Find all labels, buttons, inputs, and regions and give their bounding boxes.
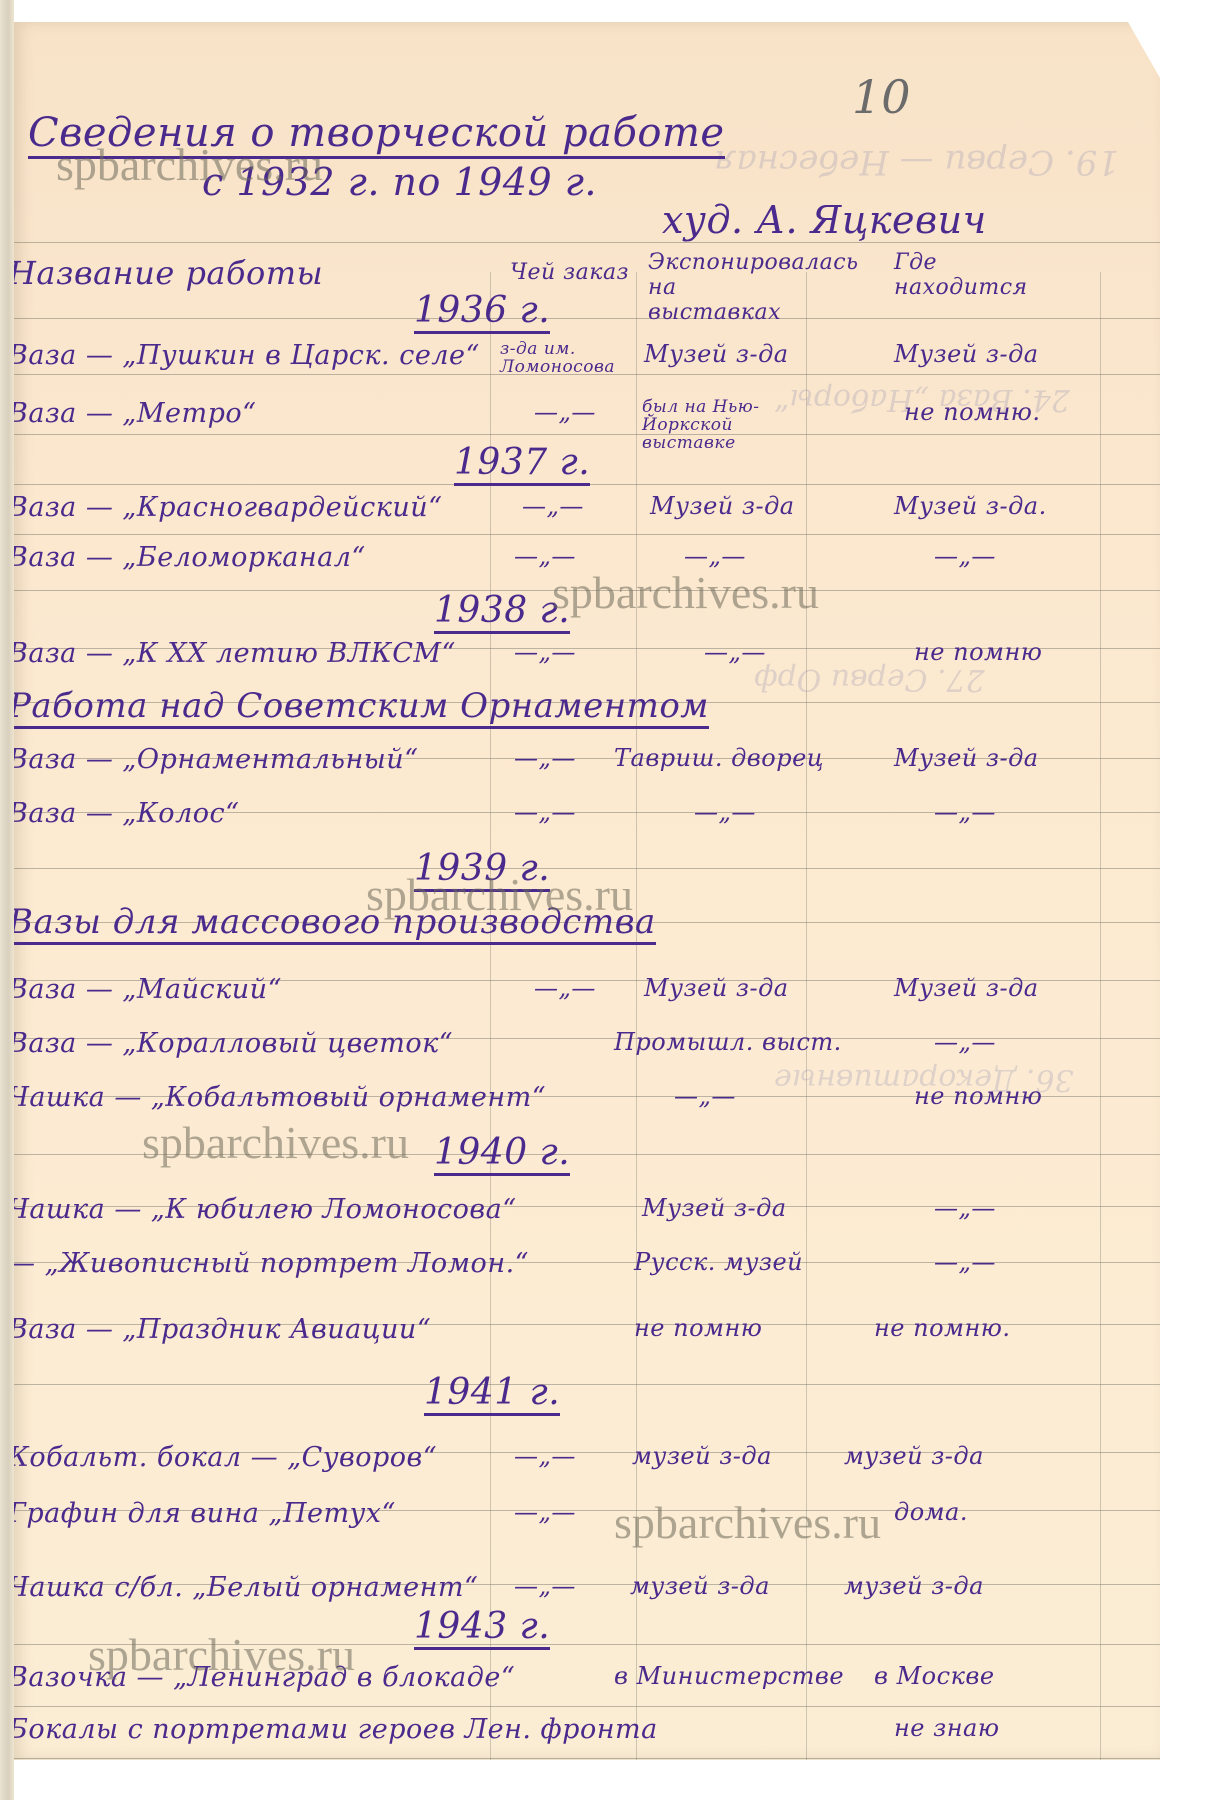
ruled-line xyxy=(14,1384,1160,1385)
work-location: —„— xyxy=(934,1248,996,1276)
work-title: Чашка — „К юбилею Ломоносова“ xyxy=(8,1194,517,1225)
ruled-line xyxy=(14,1706,1160,1707)
ruled-line xyxy=(14,318,1160,319)
year-heading: 1937 г. xyxy=(454,442,590,486)
work-location: не помню. xyxy=(904,398,1041,426)
year-heading: 1941 г. xyxy=(424,1372,560,1416)
work-exhibited: Музей з-да xyxy=(644,974,789,1002)
work-title: Чашка — „Кобальтовый орнамент“ xyxy=(8,1082,546,1113)
work-location: не помню xyxy=(914,638,1042,666)
work-exhibited: музей з-да xyxy=(632,1442,772,1470)
work-title: Ваза — „Беломорканал“ xyxy=(8,542,366,573)
work-location: музей з-да xyxy=(844,1442,984,1470)
work-location: —„— xyxy=(934,1028,996,1056)
bleed-through-text: 27. Серви Орф xyxy=(754,662,985,697)
bleed-through-text: 19. Серви — Небесная xyxy=(714,142,1119,182)
watermark: spbarchives.ru xyxy=(88,1628,355,1681)
work-exhibited: музей з-да xyxy=(630,1572,770,1600)
work-title: Ваза — „Майский“ xyxy=(8,974,282,1005)
watermark: spbarchives.ru xyxy=(614,1496,881,1549)
work-exhibited: в Министерстве xyxy=(614,1662,844,1690)
section-subheading: Работа над Советским Орнаментом xyxy=(8,686,709,729)
artist-name: худ. А. Яцкевич xyxy=(662,198,987,242)
column-header-exhibited: Экспонировалась на выставках xyxy=(648,250,798,325)
work-exhibited: Музей з-да xyxy=(650,492,795,520)
watermark: spbarchives.ru xyxy=(366,868,633,921)
work-location: музей з-да xyxy=(844,1572,984,1600)
work-location: Музей з-да. xyxy=(894,492,1047,520)
work-customer: з-да им. Ломоносова xyxy=(500,340,620,376)
watermark: spbarchives.ru xyxy=(142,1116,409,1169)
work-title: Ваза — „Коралловый цветок“ xyxy=(8,1028,453,1059)
work-customer: —„— xyxy=(514,1498,576,1526)
work-customer: —„— xyxy=(514,638,576,666)
book-binding-edge xyxy=(0,0,14,1800)
work-location: —„— xyxy=(934,542,996,570)
work-title: Ваза — „Праздник Авиации“ xyxy=(8,1314,431,1345)
column-divider xyxy=(1100,272,1101,1760)
work-title: Ваза — „Орнаментальный“ xyxy=(8,744,418,775)
work-location: в Москве xyxy=(874,1662,995,1690)
work-title: Кобальт. бокал — „Суворов“ xyxy=(8,1442,437,1473)
year-heading: 1940 г. xyxy=(434,1132,570,1176)
work-location: —„— xyxy=(934,798,996,826)
work-exhibited: Промышл. выст. xyxy=(614,1028,842,1056)
work-title: Ваза — „Метро“ xyxy=(8,398,256,429)
work-exhibited: —„— xyxy=(694,798,756,826)
work-customer: —„— xyxy=(514,798,576,826)
work-exhibited: Музей з-да xyxy=(644,340,789,368)
work-title: Графин для вина „Петух“ xyxy=(8,1498,396,1529)
work-title: Ваза — „К XX летию ВЛКСМ“ xyxy=(8,638,456,669)
work-exhibited: Русск. музей xyxy=(634,1248,803,1276)
work-location: не помню xyxy=(914,1082,1042,1110)
column-header-location: Где находится xyxy=(894,250,1034,300)
column-divider xyxy=(490,272,491,1760)
ruled-line xyxy=(14,242,1160,243)
year-heading: 1936 г. xyxy=(414,290,550,334)
work-customer: —„— xyxy=(514,1572,576,1600)
work-customer: —„— xyxy=(534,974,596,1002)
watermark: spbarchives.ru xyxy=(56,138,323,191)
page-number: 10 xyxy=(852,70,911,124)
work-customer: —„— xyxy=(534,398,596,426)
work-exhibited: был на Нью-Йоркской выставке xyxy=(642,398,792,452)
work-title: Ваза — „Колос“ xyxy=(8,798,239,829)
work-title: — „Живописный портрет Ломон.“ xyxy=(8,1248,529,1279)
work-customer: —„— xyxy=(522,492,584,520)
work-title: Бокалы с портретами героев Лен. фронта xyxy=(8,1714,658,1745)
column-header-customer: Чей заказ xyxy=(510,260,630,285)
work-title: Ваза — „Пушкин в Царск. селе“ xyxy=(8,340,480,371)
work-exhibited: не помню xyxy=(634,1314,762,1342)
work-title: Ваза — „Красногвардейский“ xyxy=(8,492,442,523)
watermark: spbarchives.ru xyxy=(552,566,819,619)
work-exhibited: —„— xyxy=(704,638,766,666)
work-exhibited: Музей з-да xyxy=(642,1194,787,1222)
work-exhibited: Тавриш. дворец xyxy=(614,744,824,772)
work-customer: —„— xyxy=(514,1442,576,1470)
year-heading: 1943 г. xyxy=(414,1606,550,1650)
work-title: Чашка с/бл. „Белый орнамент“ xyxy=(8,1572,478,1603)
work-location: не знаю xyxy=(894,1714,999,1742)
work-location: Музей з-да xyxy=(894,744,1039,772)
work-location: —„— xyxy=(934,1194,996,1222)
ruled-line xyxy=(14,534,1160,535)
work-location: дома. xyxy=(894,1498,968,1526)
column-header-title: Название работы xyxy=(8,254,323,292)
ruled-line xyxy=(14,434,1160,435)
year-heading: 1938 г. xyxy=(434,590,570,634)
work-location: Музей з-да xyxy=(894,340,1039,368)
work-customer: —„— xyxy=(514,744,576,772)
work-exhibited: —„— xyxy=(674,1082,736,1110)
work-location: Музей з-да xyxy=(894,974,1039,1002)
work-location: не помню. xyxy=(874,1314,1011,1342)
ruled-line xyxy=(14,1758,1160,1759)
